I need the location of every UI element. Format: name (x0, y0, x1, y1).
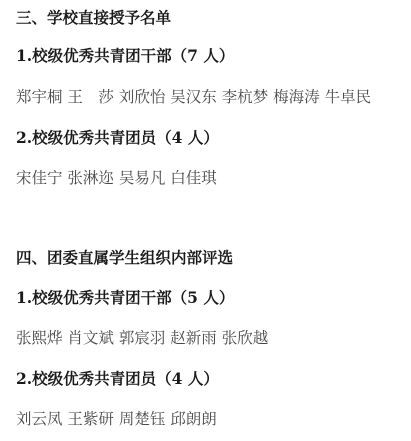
name-list: 郑宇桐 王 莎 刘欣怡 吴汉东 李杭梦 梅海涛 牛卓民 (16, 87, 371, 107)
group-title: 2.校级优秀共青团员（4 人） (16, 369, 219, 389)
group-title: 1.校级优秀共青团干部（5 人） (16, 288, 234, 308)
section-heading: 三、学校直接授予名单 (16, 8, 171, 28)
name-list: 张熙烨 肖文斌 郭宸羽 赵新雨 张欣越 (16, 328, 268, 348)
group-title: 1.校级优秀共青团干部（7 人） (16, 46, 234, 66)
name-list: 刘云凤 王紫研 周楚钰 邱朗朗 (16, 409, 217, 429)
group-title: 2.校级优秀共青团员（4 人） (16, 128, 219, 148)
section-heading: 四、团委直属学生组织内部评选 (16, 248, 233, 268)
name-list: 宋佳宁 张淋迩 吴易凡 白佳琪 (16, 168, 217, 188)
